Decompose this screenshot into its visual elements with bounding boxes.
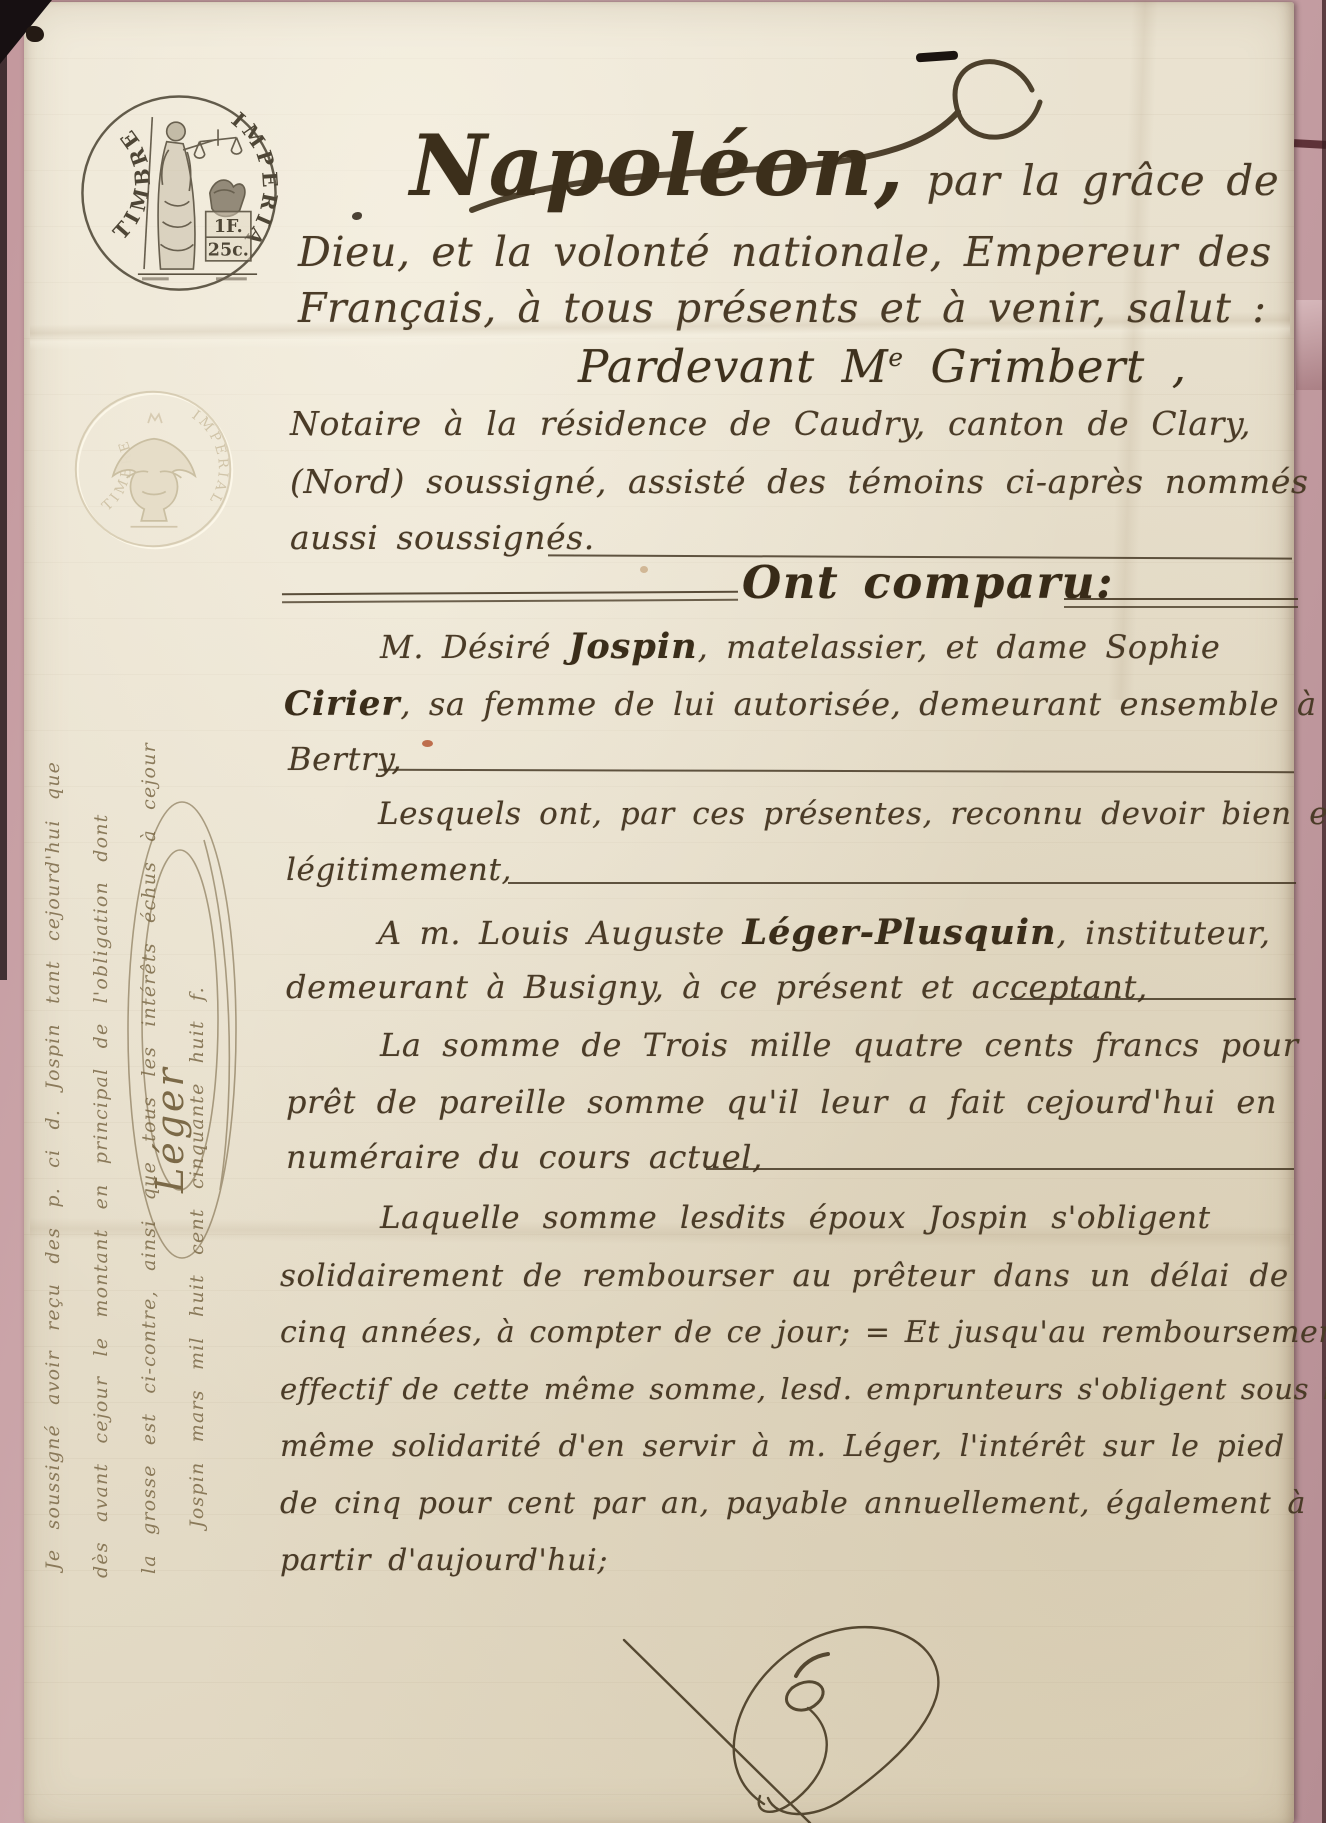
body-line: La somme de Trois mille quatre cents fra… bbox=[380, 1026, 1299, 1064]
seal-arc-right-label: IMPERIAL bbox=[189, 407, 231, 508]
title-word: Napoléon, bbox=[410, 116, 906, 215]
svg-text:IMPERIAL: IMPERIAL bbox=[189, 407, 231, 508]
stamp-denomination-1: 1F. bbox=[214, 217, 243, 237]
signature-paraph bbox=[120, 790, 246, 1270]
body-line: Bertry, bbox=[288, 740, 402, 778]
imperial-eagle-emboss bbox=[113, 414, 195, 526]
title-rest: par la grâce de bbox=[906, 156, 1280, 205]
embossed-seal: TIMBRE IMPERIAL bbox=[66, 382, 242, 558]
body-line: légitimement, bbox=[286, 852, 512, 888]
body-line: M. Désiré Jospin, matelassier, et dame S… bbox=[380, 626, 1220, 667]
scanned-notarial-deed: TIMBRE IMPERIAL. 1F. 25c. bbox=[0, 0, 1326, 1823]
margin-note-line: Je soussigné avoir reçu des p. ci d. Jos… bbox=[42, 761, 64, 1570]
body-line: (Nord) soussigné, assisté des témoins ci… bbox=[290, 462, 1309, 501]
fill-rule bbox=[508, 882, 1296, 884]
body-line: partir d'aujourd'hui; bbox=[280, 1543, 608, 1578]
body-line: cinq années, à compter de ce jour; = Et … bbox=[280, 1315, 1326, 1350]
title-line: Napoléon, par la grâce de bbox=[410, 116, 1279, 215]
body-line: Laquelle somme lesdits époux Jospin s'ob… bbox=[380, 1200, 1211, 1236]
paraph-flourish bbox=[552, 1616, 982, 1823]
body-line: solidairement de rembourser au prêteur d… bbox=[280, 1258, 1289, 1294]
backing-dark-edge-left bbox=[0, 0, 7, 980]
body-line: Lesquels ont, par ces présentes, reconnu… bbox=[378, 796, 1326, 832]
body-line: de cinq pour cent par an, payable annuel… bbox=[280, 1486, 1306, 1521]
margin-note: Je soussigné avoir reçu des p. ci d. Jos… bbox=[36, 548, 248, 1588]
body-line: effectif de cette même somme, lesd. empr… bbox=[280, 1372, 1326, 1406]
backing-dark-edge-right bbox=[1322, 0, 1326, 1823]
fill-rule bbox=[1010, 998, 1296, 1000]
engraver-mark bbox=[216, 277, 247, 280]
body-line: Français, à tous présents et à venir, sa… bbox=[298, 284, 1267, 332]
heading-rule-right bbox=[1064, 598, 1298, 608]
body-line: Cirier, sa femme de lui autorisée, demeu… bbox=[284, 684, 1317, 724]
margin-note-line: dès avant cejour le montant en principal… bbox=[90, 814, 112, 1579]
fill-rule bbox=[706, 1168, 1294, 1170]
foxing-spot bbox=[640, 566, 648, 573]
body-line: prêt de pareille somme qu'il leur a fait… bbox=[286, 1083, 1277, 1121]
body-line: aussi soussignés. bbox=[290, 518, 595, 557]
body-line: Dieu, et la volonté nationale, Empereur … bbox=[298, 228, 1272, 276]
body-line: A m. Louis Auguste Léger-Plusquin, insti… bbox=[378, 912, 1270, 953]
pardevant-line: Pardevant Me Grimbert , bbox=[578, 340, 1187, 393]
revenue-stamp: TIMBRE IMPERIAL. 1F. 25c. bbox=[66, 76, 292, 306]
stamp-denomination-2: 25c. bbox=[208, 241, 249, 261]
body-line: même solidarité d'en servir à m. Léger, … bbox=[280, 1429, 1285, 1464]
ink-speck bbox=[26, 26, 44, 42]
section-heading: Ont comparu: bbox=[742, 556, 1114, 609]
engraver-mark bbox=[142, 277, 169, 280]
body-line: numéraire du cours actuel, bbox=[286, 1138, 763, 1176]
body-line: Notaire à la résidence de Caudry, canton… bbox=[290, 404, 1251, 443]
body-line: demeurant à Busigny, à ce présent et acc… bbox=[286, 968, 1148, 1006]
red-speck bbox=[422, 740, 433, 747]
